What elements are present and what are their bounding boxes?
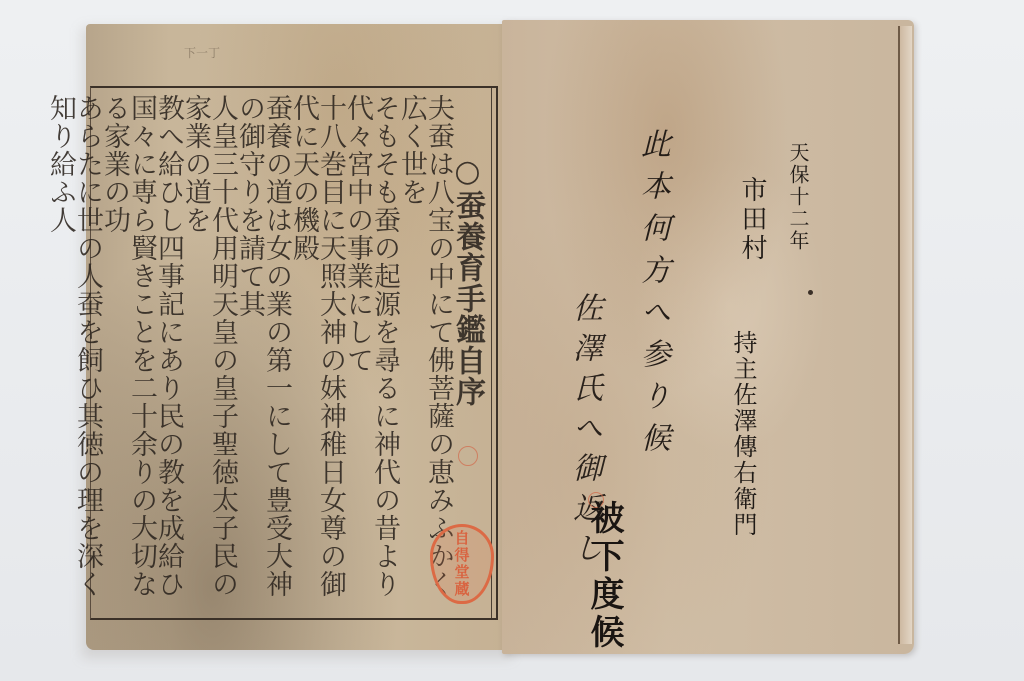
text-column: あらたに世の人蚕を飼ひ其徳の理を深く知り給ふ人 <box>47 94 101 612</box>
left-page: 下一丁 ○蚕養育手鑑自序 夫蚕は八宝の中にて佛菩薩の恵みふかく広く世を そもそも… <box>86 24 506 650</box>
small-seal-icon <box>458 446 478 466</box>
owner-inscription: 持主佐澤傳右衛門 <box>726 330 761 538</box>
brush-inscription-3: 被下度候 <box>580 500 629 652</box>
owner-label: 持主 <box>729 330 757 382</box>
village-inscription: 市田村 <box>734 176 771 263</box>
photo-background: 下一丁 ○蚕養育手鑑自序 夫蚕は八宝の中にて佛菩薩の恵みふかく広く世を そもそも… <box>0 0 1024 681</box>
text-column: 蚕養の道は女の業の第一にして豊受大神の御守りを請て其 <box>236 94 290 612</box>
text-column: そもそも蚕の起源を尋るに神代の昔より代々宮中の事業にして <box>344 94 398 612</box>
frame-inner-rule <box>491 88 492 618</box>
text-columns: ○蚕養育手鑑自序 夫蚕は八宝の中にて佛菩薩の恵みふかく広く世を そもそも蚕の起源… <box>105 94 482 612</box>
ink-dot <box>808 290 813 295</box>
right-page: 天保十二年 市田村 持主佐澤傳右衛門 此本何方へ参り候 佐澤氏へ御返し 被下度候 <box>502 20 914 654</box>
brush-inscription-1: 此本何方へ参り候 <box>630 128 674 464</box>
text-column: 人皇三十代用明天皇の皇子聖徳太子民の家業の道を <box>182 94 236 612</box>
text-column: 国々に専ら賢きことを二十余りの大切なる家業の功 <box>101 94 155 612</box>
owner-name: 佐澤傳右衛門 <box>729 382 757 538</box>
text-column: 教へ給ひし四事記にあり民の教を成給ひ <box>155 94 182 612</box>
page-edge <box>898 26 912 644</box>
margin-note: 下一丁 <box>184 44 220 61</box>
era-inscription: 天保十二年 <box>784 142 813 252</box>
text-column: 十八巻目に天照大神の妹神稚日女尊の御代に天の機殿 <box>290 94 344 612</box>
